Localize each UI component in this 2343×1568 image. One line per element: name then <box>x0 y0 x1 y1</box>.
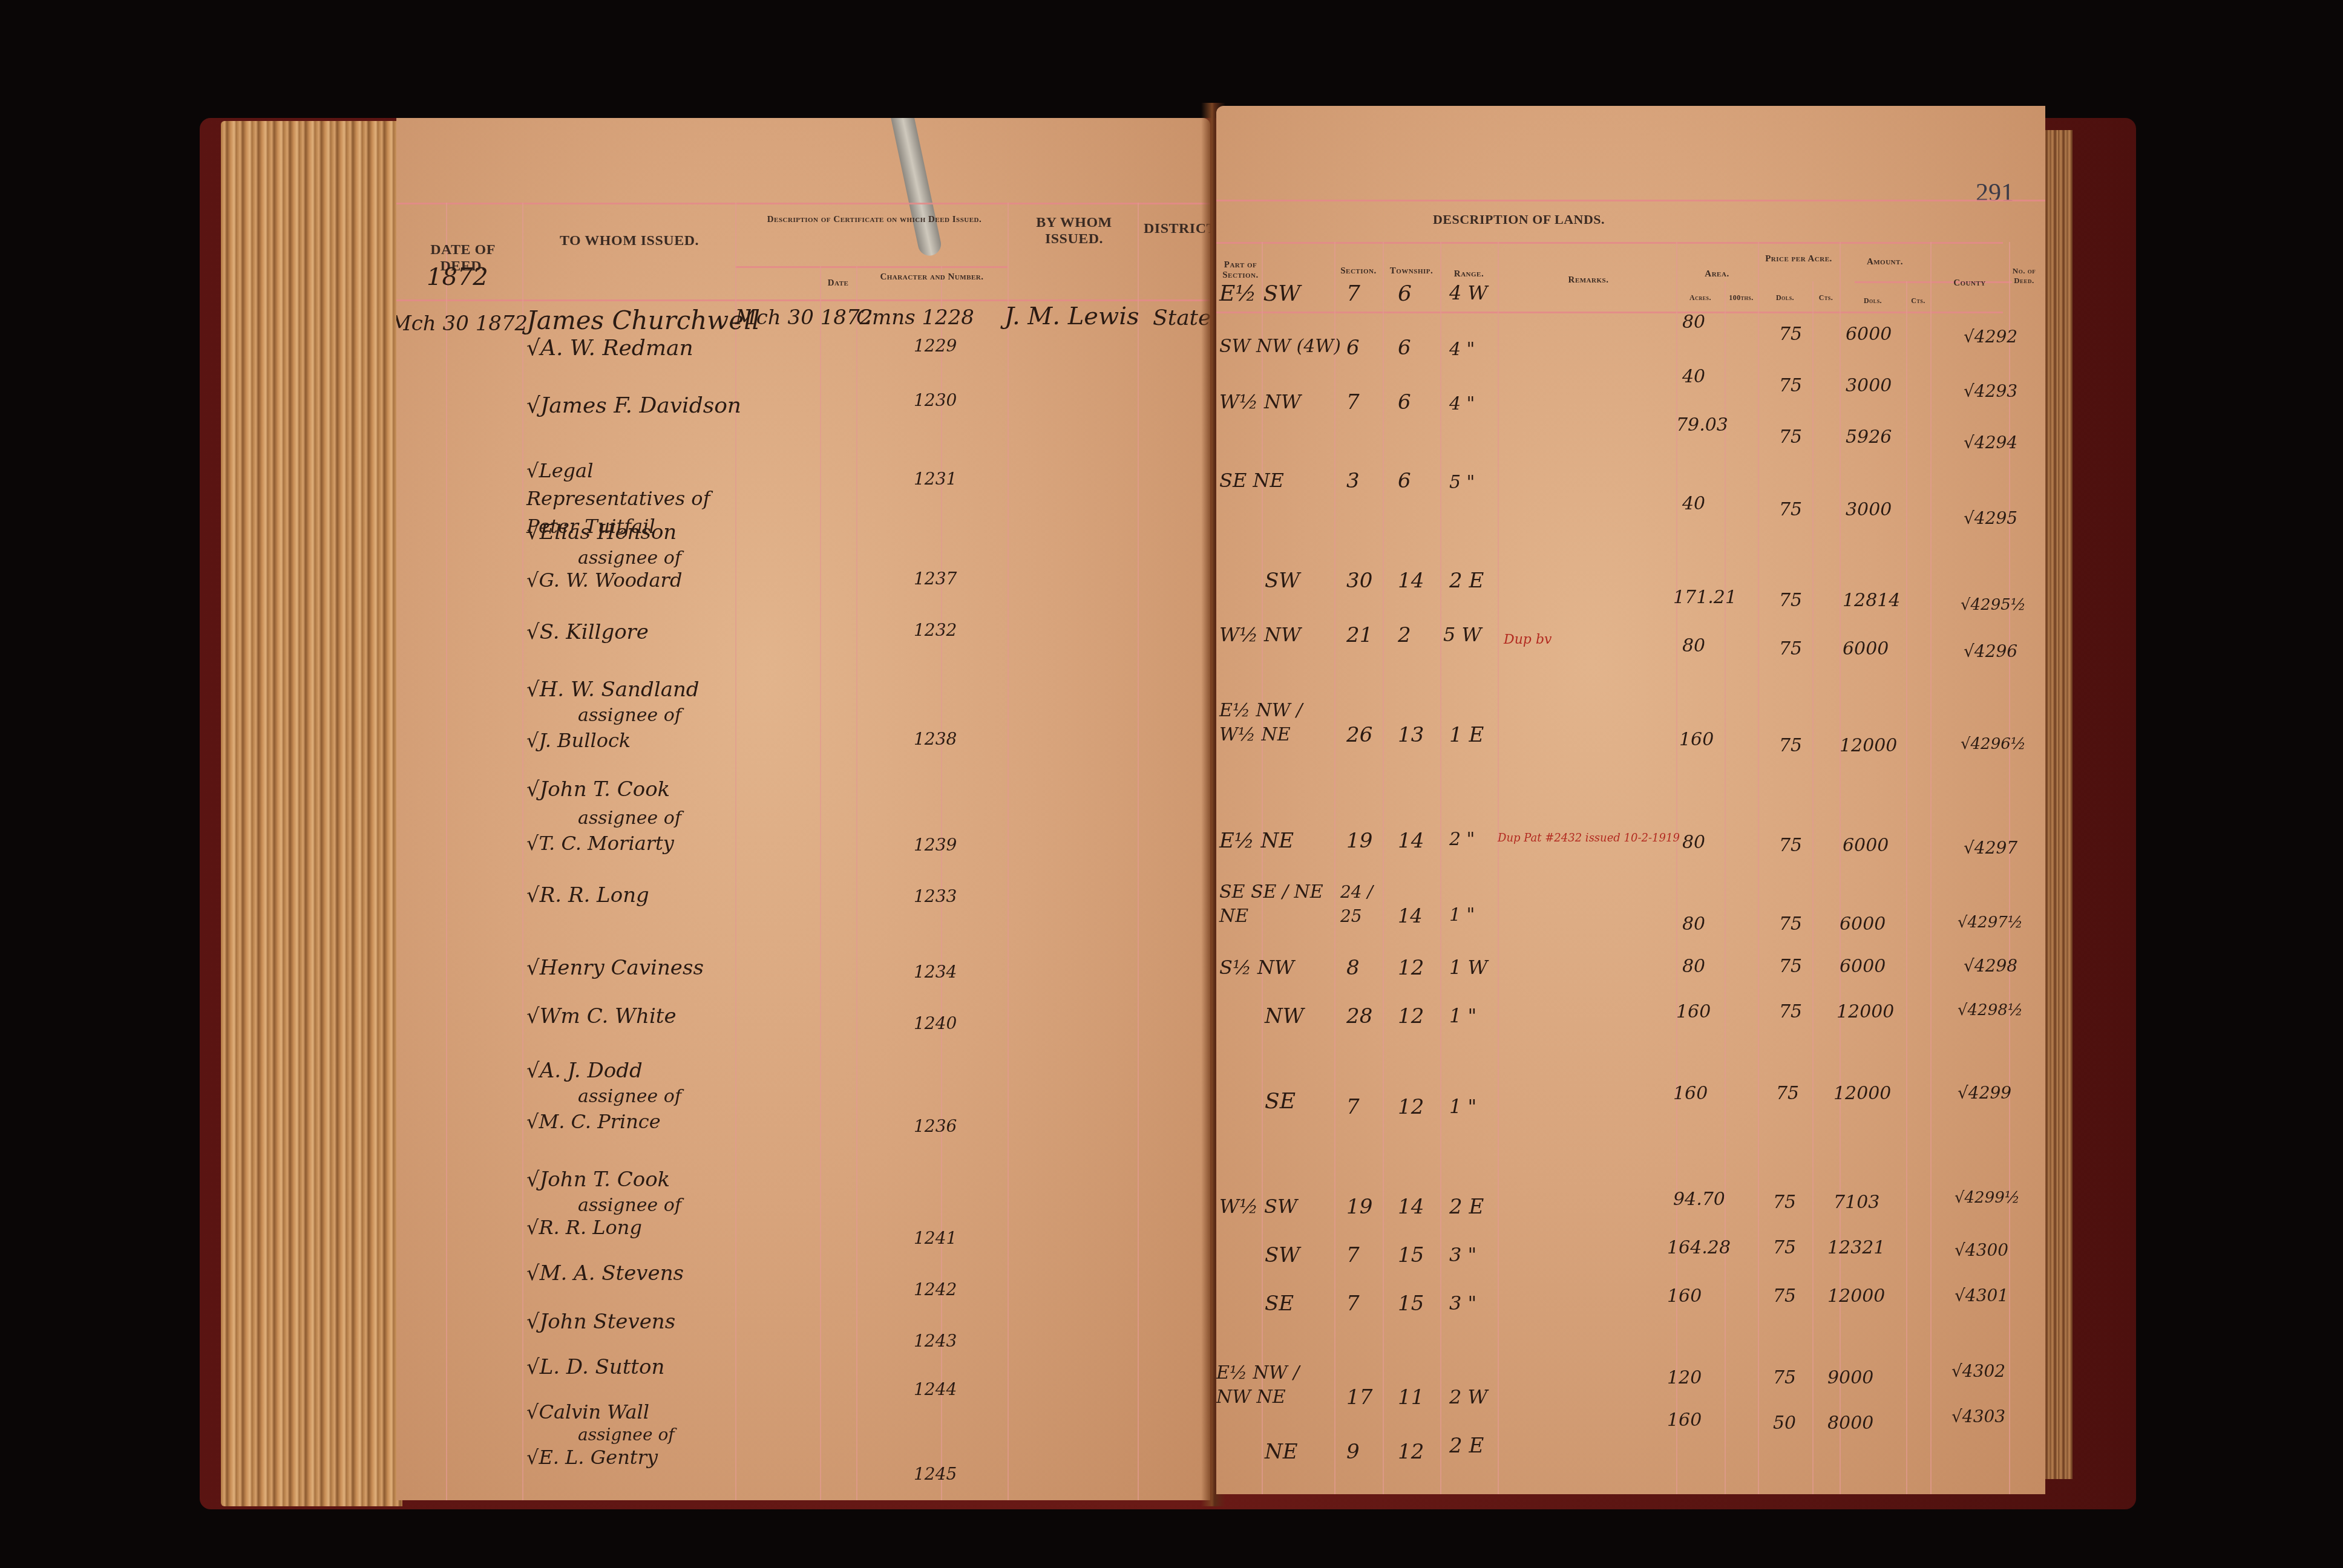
grantee-name: √R. R. Long <box>526 883 649 907</box>
assignor-name: √M. C. Prince <box>526 1110 661 1133</box>
part-of-section: W½ NW <box>1219 623 1301 646</box>
price-per-acre: 75 <box>1773 1192 1796 1213</box>
area: 80 <box>1682 913 1705 935</box>
col-rule <box>1725 281 1726 1494</box>
cert-number: 1236 <box>914 1116 957 1136</box>
range: 3 " <box>1449 1292 1476 1315</box>
part-of-section: E½ NE <box>1219 829 1294 853</box>
section: 7 <box>1346 1292 1360 1316</box>
range: 1 E <box>1449 723 1484 747</box>
header-area-acres: Acres. <box>1679 293 1722 302</box>
part-of-section: SE SE / NE NE <box>1219 880 1334 929</box>
area: 94.70 <box>1673 1189 1725 1210</box>
grantee-name: √Henry Caviness <box>526 956 704 980</box>
col-rule <box>1383 242 1384 1494</box>
deed-number: √4296½ <box>1961 735 2026 753</box>
cert-number: 1231 <box>914 469 957 489</box>
part-of-section: SE NE <box>1219 469 1284 492</box>
header-area: Area. <box>1676 269 1758 279</box>
header-amount-dols: Dols. <box>1840 296 1906 305</box>
grantee-name: √H. W. Sandland <box>526 678 700 702</box>
part-of-section: NW <box>1265 1004 1304 1028</box>
area: 80 <box>1682 832 1705 853</box>
price-per-acre: 75 <box>1773 1285 1796 1307</box>
deed-number: √4295½ <box>1961 596 2026 614</box>
part-of-section: SE <box>1265 1089 1296 1114</box>
section: 17 <box>1346 1385 1372 1410</box>
cert-number: 1229 <box>914 336 957 356</box>
amount: 12000 <box>1827 1285 1885 1307</box>
deed-number: √4295 <box>1964 508 2017 528</box>
header-rule-bottom <box>396 299 1210 301</box>
range: 1 W <box>1449 956 1487 979</box>
amount: 12814 <box>1843 590 1900 611</box>
section: 28 <box>1346 1004 1372 1028</box>
col-rule <box>941 266 942 1500</box>
assignor-name: √T. C. Moriarty <box>526 832 674 855</box>
cert-number: 1244 <box>914 1379 957 1399</box>
section: 19 <box>1346 1195 1372 1219</box>
range: 4 " <box>1449 339 1475 360</box>
range: 3 " <box>1449 1243 1476 1266</box>
amount: 6000 <box>1840 913 1886 935</box>
price-per-acre: 75 <box>1779 375 1802 396</box>
section: 9 <box>1346 1440 1360 1464</box>
township: 13 <box>1398 723 1424 747</box>
col-rule <box>522 203 523 1500</box>
header-section: Section. <box>1334 266 1383 276</box>
amount: 6000 <box>1843 835 1889 856</box>
price-per-acre: 75 <box>1773 1237 1796 1258</box>
cert-number: 1232 <box>914 620 957 640</box>
township: 12 <box>1398 1095 1424 1119</box>
township: 14 <box>1398 569 1424 593</box>
cert-number: 1230 <box>914 390 957 410</box>
cert-number: 1239 <box>914 835 957 855</box>
price-per-acre: 75 <box>1779 590 1802 611</box>
deed-date: Mch 30 1872 <box>396 312 528 336</box>
deed-number: √4294 <box>1964 433 2017 452</box>
price-per-acre: 75 <box>1779 956 1802 977</box>
area: 40 <box>1682 493 1705 514</box>
grantee-name: √Calvin Wall <box>526 1400 649 1423</box>
deed-number: √4298 <box>1964 956 2017 976</box>
col-rule <box>856 266 857 1500</box>
header-certificate-description: Description of Certificate on which Deed… <box>747 215 1001 225</box>
section: 6 <box>1346 336 1360 360</box>
header-by-whom-issued: BY WHOM ISSUED. <box>1014 215 1135 247</box>
price-per-acre: 75 <box>1779 324 1802 345</box>
cert-number: 1238 <box>914 729 957 749</box>
header-price-dols: Dols. <box>1758 293 1812 302</box>
amount: 8000 <box>1827 1413 1873 1434</box>
remarks-red: Dup Pat #2432 issued 10-2-1919 <box>1498 832 1680 844</box>
amount: 6000 <box>1843 638 1889 659</box>
assignee-of-label: assignee of <box>578 1425 675 1445</box>
township: 6 <box>1398 469 1411 493</box>
area: 79.03 <box>1676 414 1728 436</box>
assignee-of-label: assignee of <box>578 547 681 569</box>
price-per-acre: 75 <box>1779 835 1802 856</box>
assignee-of-label: assignee of <box>578 1195 681 1216</box>
deed-number: √4298½ <box>1958 1001 2023 1019</box>
area: 160 <box>1667 1285 1702 1307</box>
header-part-of-section: Part of Section. <box>1219 260 1262 281</box>
section: 26 <box>1346 723 1372 747</box>
range: 2 E <box>1449 1195 1484 1219</box>
deed-number: √4299 <box>1958 1083 2011 1103</box>
cert-number: 1240 <box>914 1013 957 1033</box>
amount: 6000 <box>1846 324 1892 345</box>
price-per-acre: 75 <box>1779 426 1802 448</box>
price-per-acre: 75 <box>1779 1001 1802 1022</box>
amount: 6000 <box>1840 956 1886 977</box>
header-remarks: Remarks. <box>1501 275 1676 286</box>
amount: 12000 <box>1833 1083 1891 1104</box>
range: 1 " <box>1449 1004 1476 1027</box>
header-to-whom-issued: TO WHOM ISSUED. <box>529 233 729 249</box>
page-edges-left <box>221 121 402 1506</box>
range: 2 W <box>1449 1385 1487 1408</box>
part-of-section: W½ SW <box>1219 1195 1297 1218</box>
area: 80 <box>1682 635 1705 656</box>
grantee-name: √M. A. Stevens <box>526 1261 684 1285</box>
section: 19 <box>1346 829 1372 853</box>
area: 80 <box>1682 312 1705 333</box>
amount: 12000 <box>1840 735 1897 756</box>
header-rule-top <box>396 203 1210 204</box>
page-clip <box>889 118 943 258</box>
deed-number: √4292 <box>1964 327 2017 347</box>
area: 164.28 <box>1667 1237 1731 1258</box>
area: 160 <box>1679 729 1714 750</box>
township: 14 <box>1398 1195 1424 1219</box>
assignor-name: √J. Bullock <box>526 729 631 752</box>
year-heading: 1872 <box>427 263 488 291</box>
page-number: 291 <box>1976 178 2014 207</box>
township: 11 <box>1398 1385 1424 1410</box>
price-per-acre: 75 <box>1779 499 1802 520</box>
range: 5 " <box>1449 472 1475 493</box>
header-district: DISTRICT. <box>1144 221 1210 237</box>
grantee-name: √Wm C. White <box>526 1004 677 1028</box>
amount: 3000 <box>1846 499 1892 520</box>
area: 171.21 <box>1673 587 1737 608</box>
amount: 5926 <box>1846 426 1892 448</box>
part-of-section: E½ SW <box>1219 281 1300 306</box>
col-rule <box>1138 203 1139 1500</box>
grantee-name: √Elias Henson <box>526 520 677 544</box>
deed-number: √4293 <box>1964 381 2017 401</box>
area: 80 <box>1682 956 1705 977</box>
deed-number: √4303 <box>1951 1406 2005 1426</box>
header-township: Township. <box>1383 266 1440 276</box>
range: 2 " <box>1449 829 1475 850</box>
right-page: 291 DESCRIPTION OF LANDS. Part of Sectio… <box>1216 106 2045 1494</box>
col-rule <box>446 203 447 1500</box>
section: 7 <box>1346 1095 1360 1119</box>
grantee-name: √A. J. Dodd <box>526 1059 643 1083</box>
deed-number: √4302 <box>1951 1361 2005 1381</box>
header-area-100ths: 100ths. <box>1725 293 1758 302</box>
col-rule <box>1930 242 1932 1494</box>
deed-number: √4297 <box>1964 838 2017 858</box>
col-rule <box>820 266 821 1500</box>
township: 6 <box>1398 281 1412 306</box>
amount: 12321 <box>1827 1237 1885 1258</box>
section: 30 <box>1346 569 1372 593</box>
cert-number: 1234 <box>914 962 957 982</box>
part-of-section: S½ NW <box>1219 956 1294 979</box>
cert-number: 1245 <box>914 1464 957 1484</box>
deed-number: √4297½ <box>1958 913 2023 932</box>
amount: 7103 <box>1833 1192 1879 1213</box>
assignor-name: √G. W. Woodard <box>526 569 682 592</box>
cert-number: Cmns 1228 <box>856 305 974 330</box>
section: 21 <box>1346 623 1372 647</box>
col-rule <box>1812 281 1814 1494</box>
header-rule-mid <box>735 266 1008 268</box>
header-rule-top <box>1216 200 2045 201</box>
price-per-acre: 75 <box>1779 638 1802 659</box>
township: 12 <box>1398 1440 1424 1464</box>
township: 14 <box>1398 904 1423 927</box>
grantee-name: √S. Killgore <box>526 620 649 644</box>
remarks-red: Dup bv <box>1504 632 1552 647</box>
left-page: DATE OF DEED. TO WHOM ISSUED. Descriptio… <box>396 118 1210 1500</box>
area: 120 <box>1667 1367 1702 1388</box>
header-county: County <box>1930 278 2009 289</box>
grantee-name: James Churchwell <box>526 305 760 335</box>
section: 3 <box>1346 469 1360 493</box>
price-per-acre: 75 <box>1779 735 1802 756</box>
township: 14 <box>1398 829 1424 853</box>
col-rule <box>1758 242 1759 1494</box>
grantee-name: √John T. Cook <box>526 1168 670 1192</box>
header-amount: Amount. <box>1840 257 1930 267</box>
part-of-section: SW NW (4W) <box>1219 336 1341 357</box>
township: 15 <box>1398 1292 1424 1316</box>
header-cert-date: Date <box>820 278 856 289</box>
grantee-name: √John Stevens <box>526 1310 675 1334</box>
township: 6 <box>1398 390 1411 414</box>
range: 1 " <box>1449 1095 1476 1118</box>
range: 4 W <box>1449 281 1487 304</box>
grantee-name: √L. D. Sutton <box>526 1355 664 1379</box>
section: 24 / 25 <box>1340 880 1389 929</box>
grantee-name: √James F. Davidson <box>526 393 741 418</box>
section: 8 <box>1346 956 1360 980</box>
price-per-acre: 75 <box>1779 913 1802 935</box>
header-price-per-acre: Price per Acre. <box>1758 254 1840 264</box>
col-rule <box>1008 203 1009 1500</box>
assignee-of-label: assignee of <box>578 808 681 829</box>
township: 6 <box>1398 336 1411 360</box>
grantee-name: √A. W. Redman <box>526 336 693 361</box>
part-of-section: E½ NW / NW NE <box>1216 1361 1331 1410</box>
section: 7 <box>1346 1243 1360 1267</box>
range: 2 E <box>1449 569 1484 593</box>
assignor-name: √R. R. Long <box>526 1216 642 1239</box>
township: 12 <box>1398 1004 1424 1028</box>
section: 7 <box>1346 390 1360 414</box>
township: 2 <box>1398 623 1411 647</box>
deed-number: √4300 <box>1955 1240 2008 1260</box>
area: 160 <box>1673 1083 1708 1104</box>
col-rule <box>1498 242 1499 1494</box>
assignee-of-label: assignee of <box>578 705 681 726</box>
col-rule <box>1262 242 1263 1494</box>
col-rule <box>1440 242 1441 1494</box>
assignor-name: √E. L. Gentry <box>526 1446 658 1469</box>
range: 1 " <box>1449 904 1475 926</box>
deed-number: √4296 <box>1964 641 2017 661</box>
issued-by: J. M. Lewis <box>1004 302 1139 330</box>
cert-number: 1237 <box>914 569 957 589</box>
cert-number: 1233 <box>914 886 957 906</box>
col-rule <box>1906 281 1907 1494</box>
header-price-cts: Cts. <box>1812 293 1840 302</box>
cert-number: 1242 <box>914 1279 957 1299</box>
amount: 9000 <box>1827 1367 1873 1388</box>
area: 40 <box>1682 366 1705 387</box>
assignee-of-label: assignee of <box>578 1086 681 1107</box>
range: 5 W <box>1443 623 1481 646</box>
header-cert-character-number: Character and Number. <box>862 272 1001 283</box>
cert-number: 1243 <box>914 1331 957 1351</box>
part-of-section: NE <box>1265 1440 1298 1464</box>
area: 160 <box>1676 1001 1711 1022</box>
cert-date: Mch 30 1872 <box>735 305 873 330</box>
area: 160 <box>1667 1410 1702 1431</box>
part-of-section: SW <box>1265 569 1300 593</box>
header-range: Range. <box>1440 269 1498 279</box>
amount: 3000 <box>1846 375 1892 396</box>
price-per-acre: 50 <box>1773 1413 1796 1434</box>
col-rule <box>2009 242 2010 1494</box>
header-description-of-lands: DESCRIPTION OF LANDS. <box>1398 212 1640 227</box>
header-amount-cts: Cts. <box>1906 296 1930 305</box>
section: 7 <box>1346 281 1360 306</box>
township: 15 <box>1398 1243 1424 1267</box>
part-of-section: SW <box>1265 1243 1300 1267</box>
range: 4 " <box>1449 393 1475 414</box>
header-no-of-deed: No. of Deed. <box>2003 266 2045 286</box>
range: 2 E <box>1449 1434 1484 1458</box>
amount: 12000 <box>1837 1001 1894 1022</box>
part-of-section: E½ NW / W½ NE <box>1219 699 1334 747</box>
price-per-acre: 75 <box>1773 1367 1796 1388</box>
grantee-name: √John T. Cook <box>526 777 670 802</box>
col-rule <box>1334 242 1335 1494</box>
part-of-section: W½ NW <box>1219 390 1301 413</box>
deed-number: √4299½ <box>1955 1189 2020 1207</box>
township: 12 <box>1398 956 1424 980</box>
price-per-acre: 75 <box>1776 1083 1799 1104</box>
cert-number: 1241 <box>914 1228 957 1248</box>
part-of-section: SE <box>1265 1292 1294 1316</box>
deed-number: √4301 <box>1955 1285 2008 1305</box>
